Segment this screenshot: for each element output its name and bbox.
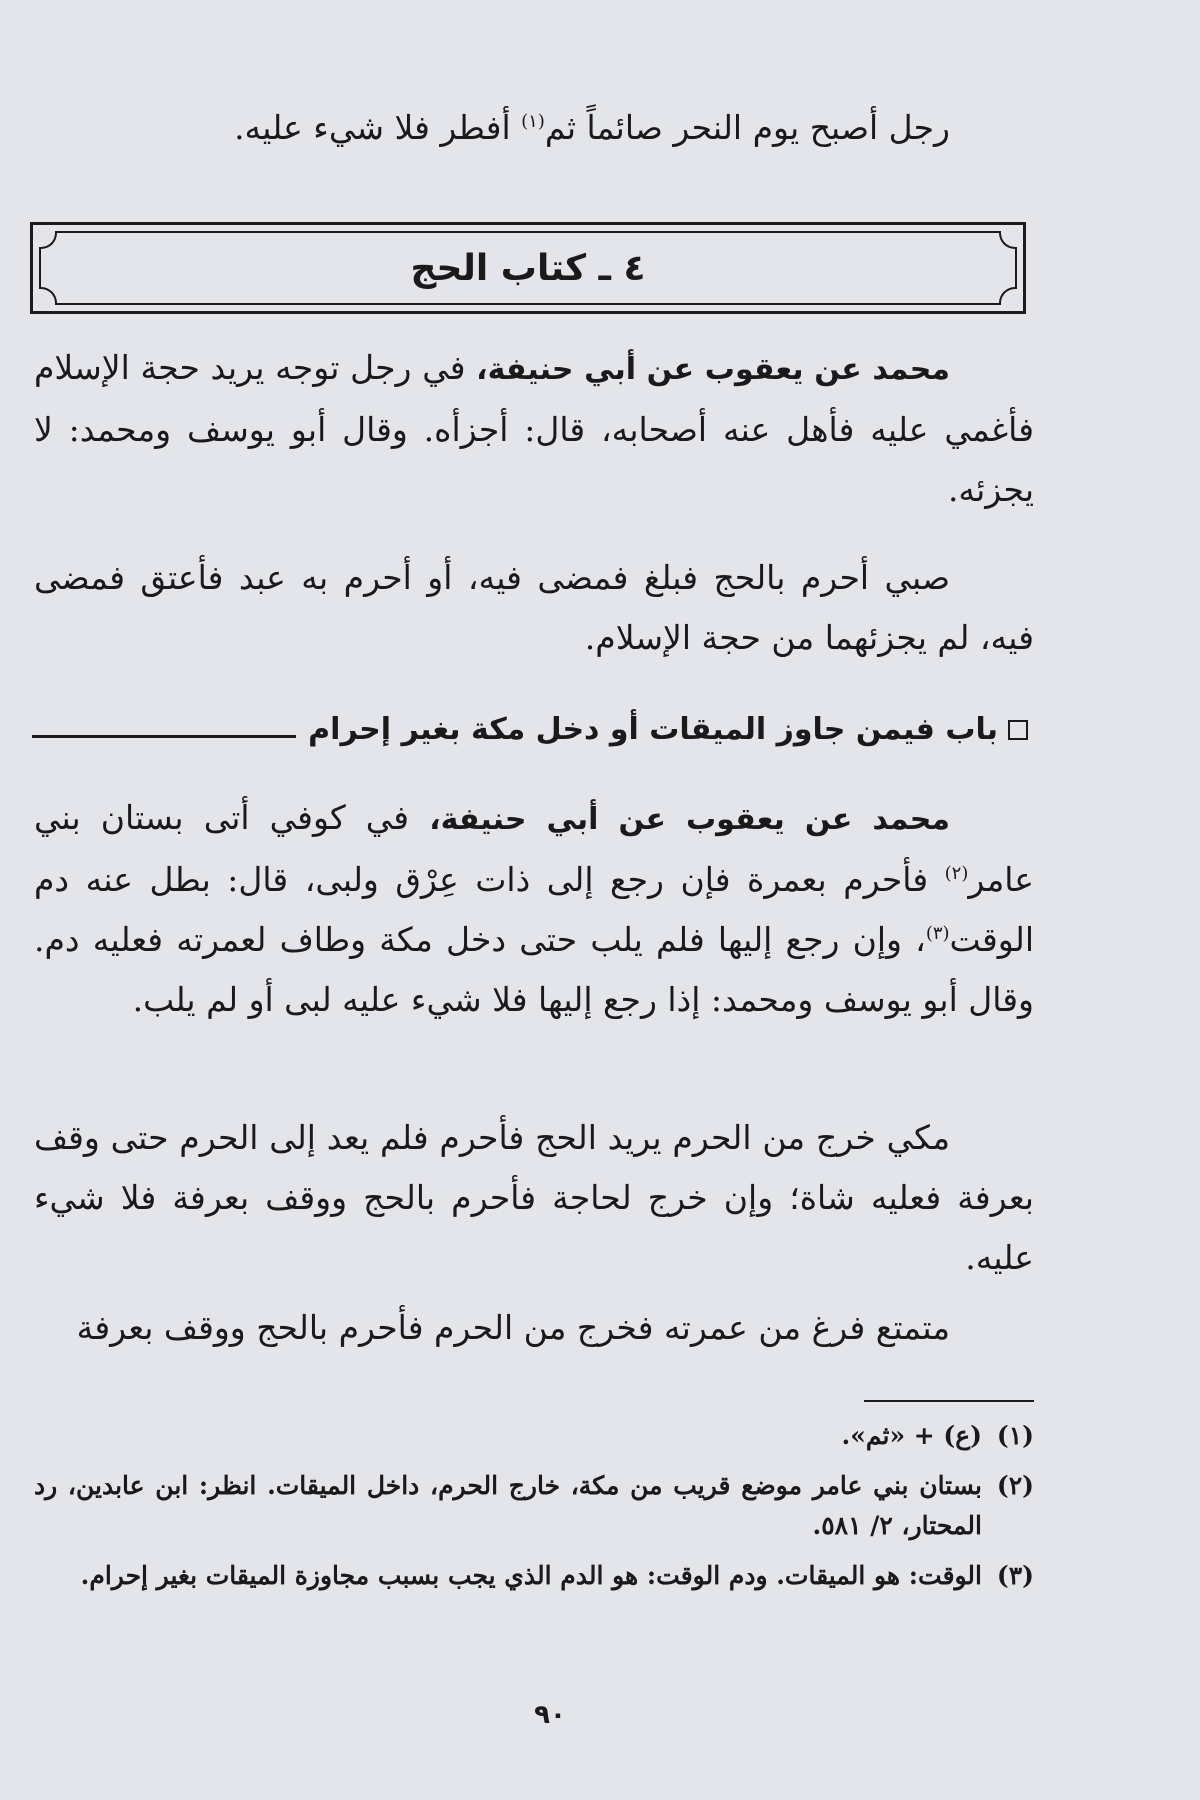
footnotes: (١) (ع) + «ثم». (٢) بستان بني عامر موضع … <box>34 1416 1034 1606</box>
footnote-number: (١) <box>982 1416 1034 1456</box>
isnad-chain: محمد عن يعقوب عن أبي حنيفة، <box>476 352 950 387</box>
opening-line: رجل أصبح يوم النحر صائماً ثم(١) أفطر فلا… <box>34 98 1034 158</box>
paragraph-text: صبي أحرم بالحج فبلغ فمضى فيه، أو أحرم به… <box>34 558 1034 657</box>
paragraph-text: ، وإن رجع إليها فلم يلب حتى دخل مكة وطاف… <box>34 920 1034 1019</box>
footnote-1: (١) (ع) + «ثم». <box>34 1416 1034 1456</box>
paragraph: متمتع فرغ من عمرته فخرج من الحرم فأحرم ب… <box>34 1298 1034 1358</box>
heading-rule <box>32 735 296 738</box>
paragraph: محمد عن يعقوب عن أبي حنيفة، في رجل توجه … <box>34 338 1034 520</box>
chapter-frame: ٤ ـ كتاب الحج <box>30 222 1026 314</box>
page-number: ٩٠ <box>510 1700 590 1730</box>
paragraph-text: مكي خرج من الحرم يريد الحج فأحرم فلم يعد… <box>34 1118 1034 1277</box>
book-page: رجل أصبح يوم النحر صائماً ثم(١) أفطر فلا… <box>0 0 1200 1800</box>
paragraph: صبي أحرم بالحج فبلغ فمضى فيه، أو أحرم به… <box>34 548 1034 668</box>
paragraph-text: متمتع فرغ من عمرته فخرج من الحرم فأحرم ب… <box>77 1308 950 1347</box>
opening-text: رجل أصبح يوم النحر صائماً ثم <box>545 108 950 147</box>
section-heading: باب فيمن جاوز الميقات أو دخل مكة بغير إح… <box>32 712 1028 747</box>
chapter-title: ٤ ـ كتاب الحج <box>41 241 1015 297</box>
footnote-3: (٣) الوقت: هو الميقات. ودم الوقت: هو الد… <box>34 1556 1034 1596</box>
footnote-text: الوقت: هو الميقات. ودم الوقت: هو الدم ال… <box>34 1556 982 1596</box>
paragraph: مكي خرج من الحرم يريد الحج فأحرم فلم يعد… <box>34 1108 1034 1288</box>
footnote-text: (ع) + «ثم». <box>34 1416 982 1456</box>
footnote-number: (٢) <box>982 1466 1034 1546</box>
isnad-chain: محمد عن يعقوب عن أبي حنيفة، <box>429 802 950 837</box>
footnote-separator <box>864 1400 1034 1402</box>
footnote-ref-2[interactable]: (٢) <box>945 863 969 884</box>
chapter-frame-inner: ٤ ـ كتاب الحج <box>39 231 1017 305</box>
section-title: باب فيمن جاوز الميقات أو دخل مكة بغير إح… <box>308 712 998 747</box>
footnote-ref-1[interactable]: (١) <box>521 111 545 132</box>
footnote-ref-3[interactable]: (٣) <box>926 923 950 944</box>
footnote-2: (٢) بستان بني عامر موضع قريب من مكة، خار… <box>34 1466 1034 1546</box>
paragraph: محمد عن يعقوب عن أبي حنيفة، في كوفي أتى … <box>34 788 1034 1030</box>
footnote-text: بستان بني عامر موضع قريب من مكة، خارج ال… <box>34 1466 982 1546</box>
opening-text-end: أفطر فلا شيء عليه. <box>234 108 521 147</box>
footnote-number: (٣) <box>982 1556 1034 1596</box>
square-bullet-icon <box>1008 720 1028 740</box>
